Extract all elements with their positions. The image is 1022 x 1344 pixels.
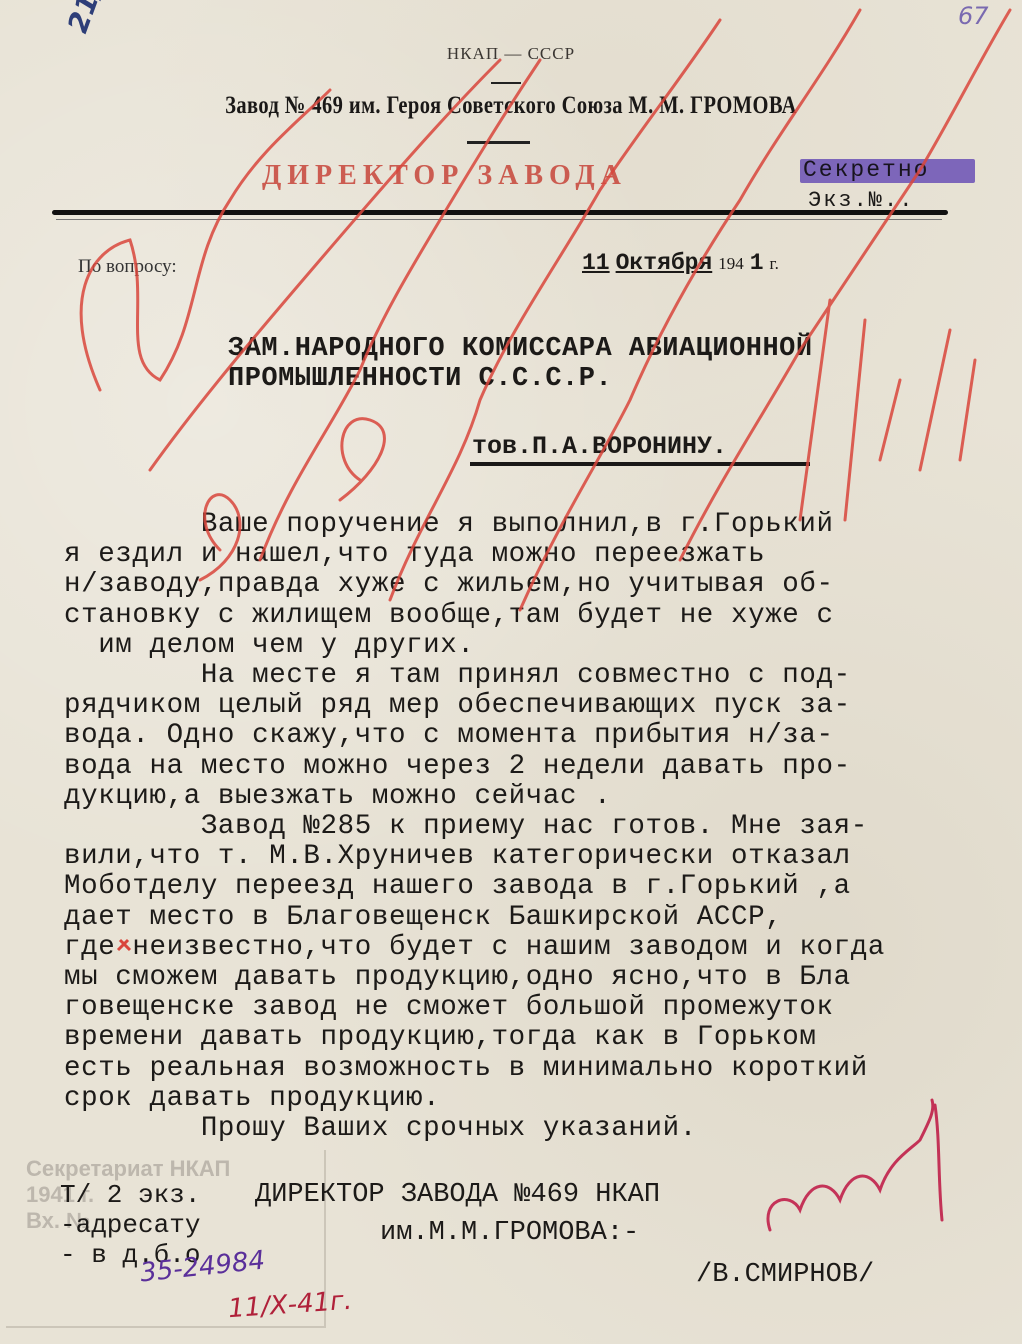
header-divider (467, 141, 530, 144)
signatory-subtitle: им.М.М.ГРОМОВА:- (380, 1218, 639, 1248)
letterhead-rule (52, 210, 948, 215)
addressee-line: ЗАМ.НАРОДНОГО КОМИССАРА АВИАЦИОННОЙ (228, 334, 813, 364)
date-month: Октября (616, 250, 713, 276)
letterhead-rule-thin (56, 219, 942, 220)
date-suffix: г. (770, 254, 779, 274)
salutation: тов.П.А.ВОРОНИНУ. (472, 432, 727, 461)
question-label: По вопросу: (78, 256, 177, 278)
signatory-name: /В.СМИРНОВ/ (696, 1260, 874, 1290)
archive-handwritten-mark: 21/88 (61, 0, 122, 37)
date-day: 11 (582, 250, 610, 276)
letter-body: Ваше поручение я выполнил,в г.Горький я … (64, 510, 974, 1144)
salutation-underline (470, 462, 810, 466)
document-date: 11 Октября 194 1 г. (582, 250, 779, 276)
date-year-suffix: 1 (750, 250, 764, 276)
director-stamp: ДИРЕКТОР ЗАВОДА (262, 160, 627, 192)
ministry-header: НКАП — СССР (0, 44, 1022, 64)
page-number-mark: 67 (958, 2, 989, 30)
signatory-title: ДИРЕКТОР ЗАВОДА №469 НКАП (255, 1180, 660, 1210)
addressee-block: ЗАМ.НАРОДНОГО КОМИССАРА АВИАЦИОННОЙ ПРОМ… (228, 334, 813, 394)
factory-name: Завод № 469 им. Героя Советского Союза М… (92, 92, 930, 120)
header-divider (491, 82, 521, 84)
document-page: 21/88 67 НКАП — СССР Завод № 469 им. Гер… (0, 0, 1022, 1344)
secrecy-label: Секретно (803, 157, 929, 183)
addressee-line: ПРОМЫШЛЕННОСТИ С.С.С.Р. (228, 364, 813, 394)
date-year-prefix: 194 (718, 254, 744, 274)
